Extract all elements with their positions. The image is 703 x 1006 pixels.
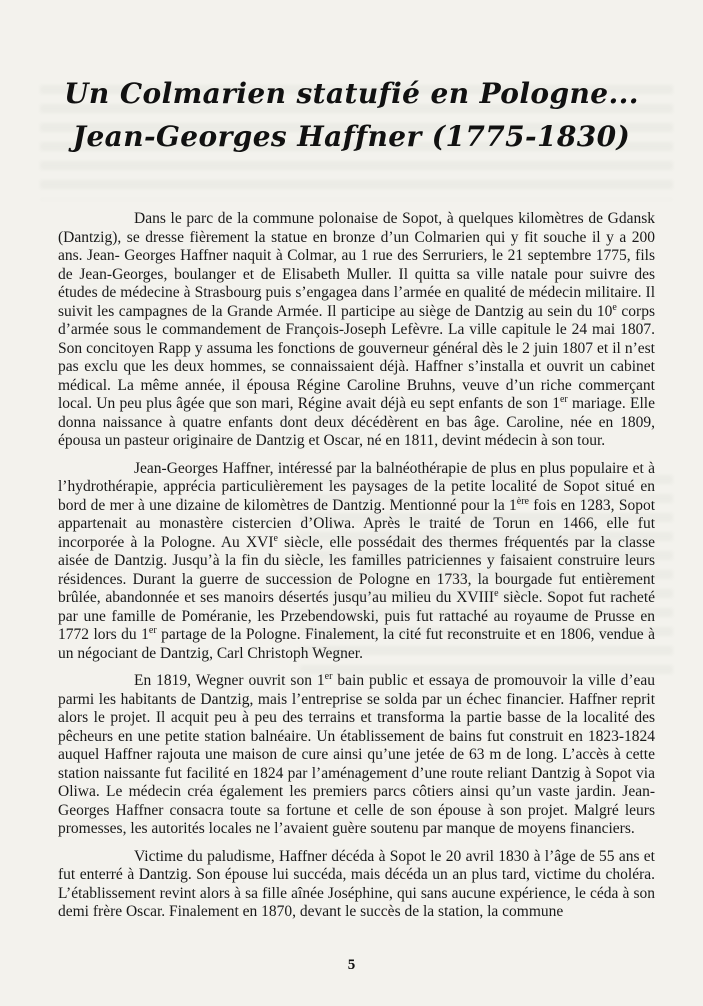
document-title-line2: Jean-Georges Haffner (1775-1830) [34,115,669,158]
superscript: er [149,625,157,636]
paragraph: En 1819, Wegner ouvrit son 1er bain publ… [58,672,655,839]
page-number: 5 [0,957,703,974]
paragraph: Jean-Georges Haffner, intéressé par la b… [58,460,655,664]
paragraph: Dans le parc de la commune polonaise de … [58,210,655,451]
superscript: e [494,588,498,599]
paragraph: Victime du paludisme, Haffner décéda à S… [58,848,655,922]
superscript: ère [517,495,529,506]
document-body: Dans le parc de la commune polonaise de … [58,210,655,922]
document-title: Un Colmarien statufié en Pologne... Jean… [34,72,669,158]
superscript: er [325,671,333,682]
document-title-line1: Un Colmarien statufié en Pologne... [34,72,669,115]
superscript: er [560,394,568,405]
superscript: e [274,532,278,543]
superscript: e [612,301,616,312]
scanned-document-page: Un Colmarien statufié en Pologne... Jean… [0,0,703,1006]
